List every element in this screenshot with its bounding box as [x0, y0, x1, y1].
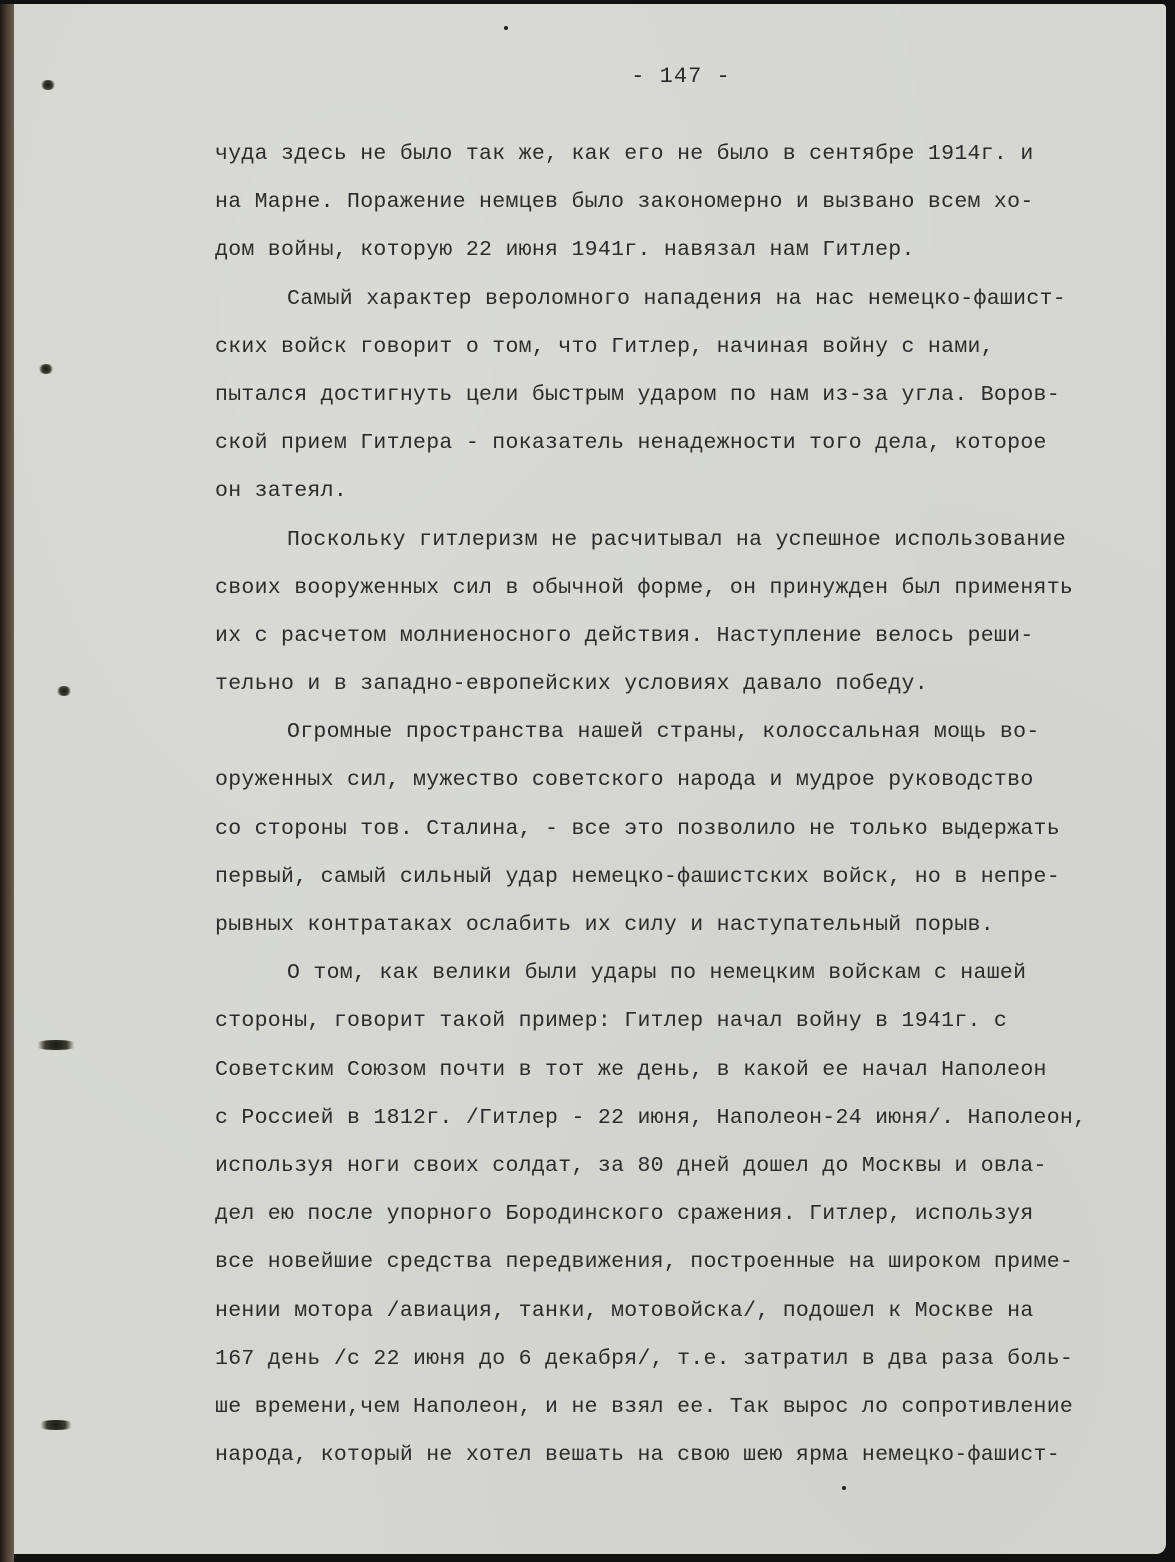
text-line: используя ноги своих солдат, за 80 дней …	[215, 1148, 1155, 1196]
text-line: Советским Союзом почти в тот же день, в …	[215, 1052, 1155, 1100]
text-line: 167 день /с 22 июня до 6 декабря/, т.е. …	[215, 1341, 1155, 1389]
text-line: своих вооруженных сил в обычной форме, о…	[215, 570, 1155, 618]
text-line: на Марне. Поражение немцев было закономе…	[215, 184, 1155, 232]
ink-speck	[504, 26, 508, 30]
text-line: их с расчетом молниеносного действия. На…	[215, 618, 1155, 666]
text-line: все новейшие средства передвижения, пост…	[215, 1244, 1155, 1292]
text-line: чуда здесь не было так же, как его не бы…	[215, 136, 1155, 184]
text-line: Поскольку гитлеризм не расчитывал на усп…	[215, 522, 1155, 570]
punch-hole-mark	[32, 1040, 80, 1050]
binding-spine	[0, 4, 14, 1562]
page-number: - 147 -	[0, 64, 1175, 89]
text-line: первый, самый сильный удар немецко-фашис…	[215, 859, 1155, 907]
text-line: стороны, говорит такой пример: Гитлер на…	[215, 1003, 1155, 1051]
text-line: рывных контратаках ослабить их силу и на…	[215, 907, 1155, 955]
text-line: Огромные пространства нашей страны, коло…	[215, 714, 1155, 762]
text-line: со стороны тов. Сталина, - все это позво…	[215, 811, 1155, 859]
text-line: пытался достигнуть цели быстрым ударом п…	[215, 377, 1155, 425]
text-line: ской прием Гитлера - показатель ненадежн…	[215, 425, 1155, 473]
punch-hole-mark	[36, 1420, 76, 1430]
text-line: народа, который не хотел вешать на свою …	[215, 1437, 1155, 1485]
text-line: дом войны, которую 22 июня 1941г. навяза…	[215, 232, 1155, 280]
punch-hole-mark	[56, 686, 72, 696]
text-line: Самый характер вероломного нападения на …	[215, 281, 1155, 329]
text-line: нении мотора /авиация, танки, мотовойска…	[215, 1293, 1155, 1341]
text-line: с Россией в 1812г. /Гитлер - 22 июня, На…	[215, 1100, 1155, 1148]
document-body: чуда здесь не было так же, как его не бы…	[215, 136, 1155, 1485]
text-line: дел ею после упорного Бородинского сраже…	[215, 1196, 1155, 1244]
text-line: тельно и в западно-европейских условиях …	[215, 666, 1155, 714]
text-line: он затеял.	[215, 473, 1155, 521]
punch-hole-mark	[38, 364, 54, 374]
ink-speck	[842, 1486, 846, 1490]
text-line: ше времени,чем Наполеон, и не взял ее. Т…	[215, 1389, 1155, 1437]
text-line: ских войск говорит о том, что Гитлер, на…	[215, 329, 1155, 377]
text-line: О том, как велики были удары по немецким…	[215, 955, 1155, 1003]
text-line: оруженных сил, мужество советского народ…	[215, 762, 1155, 810]
